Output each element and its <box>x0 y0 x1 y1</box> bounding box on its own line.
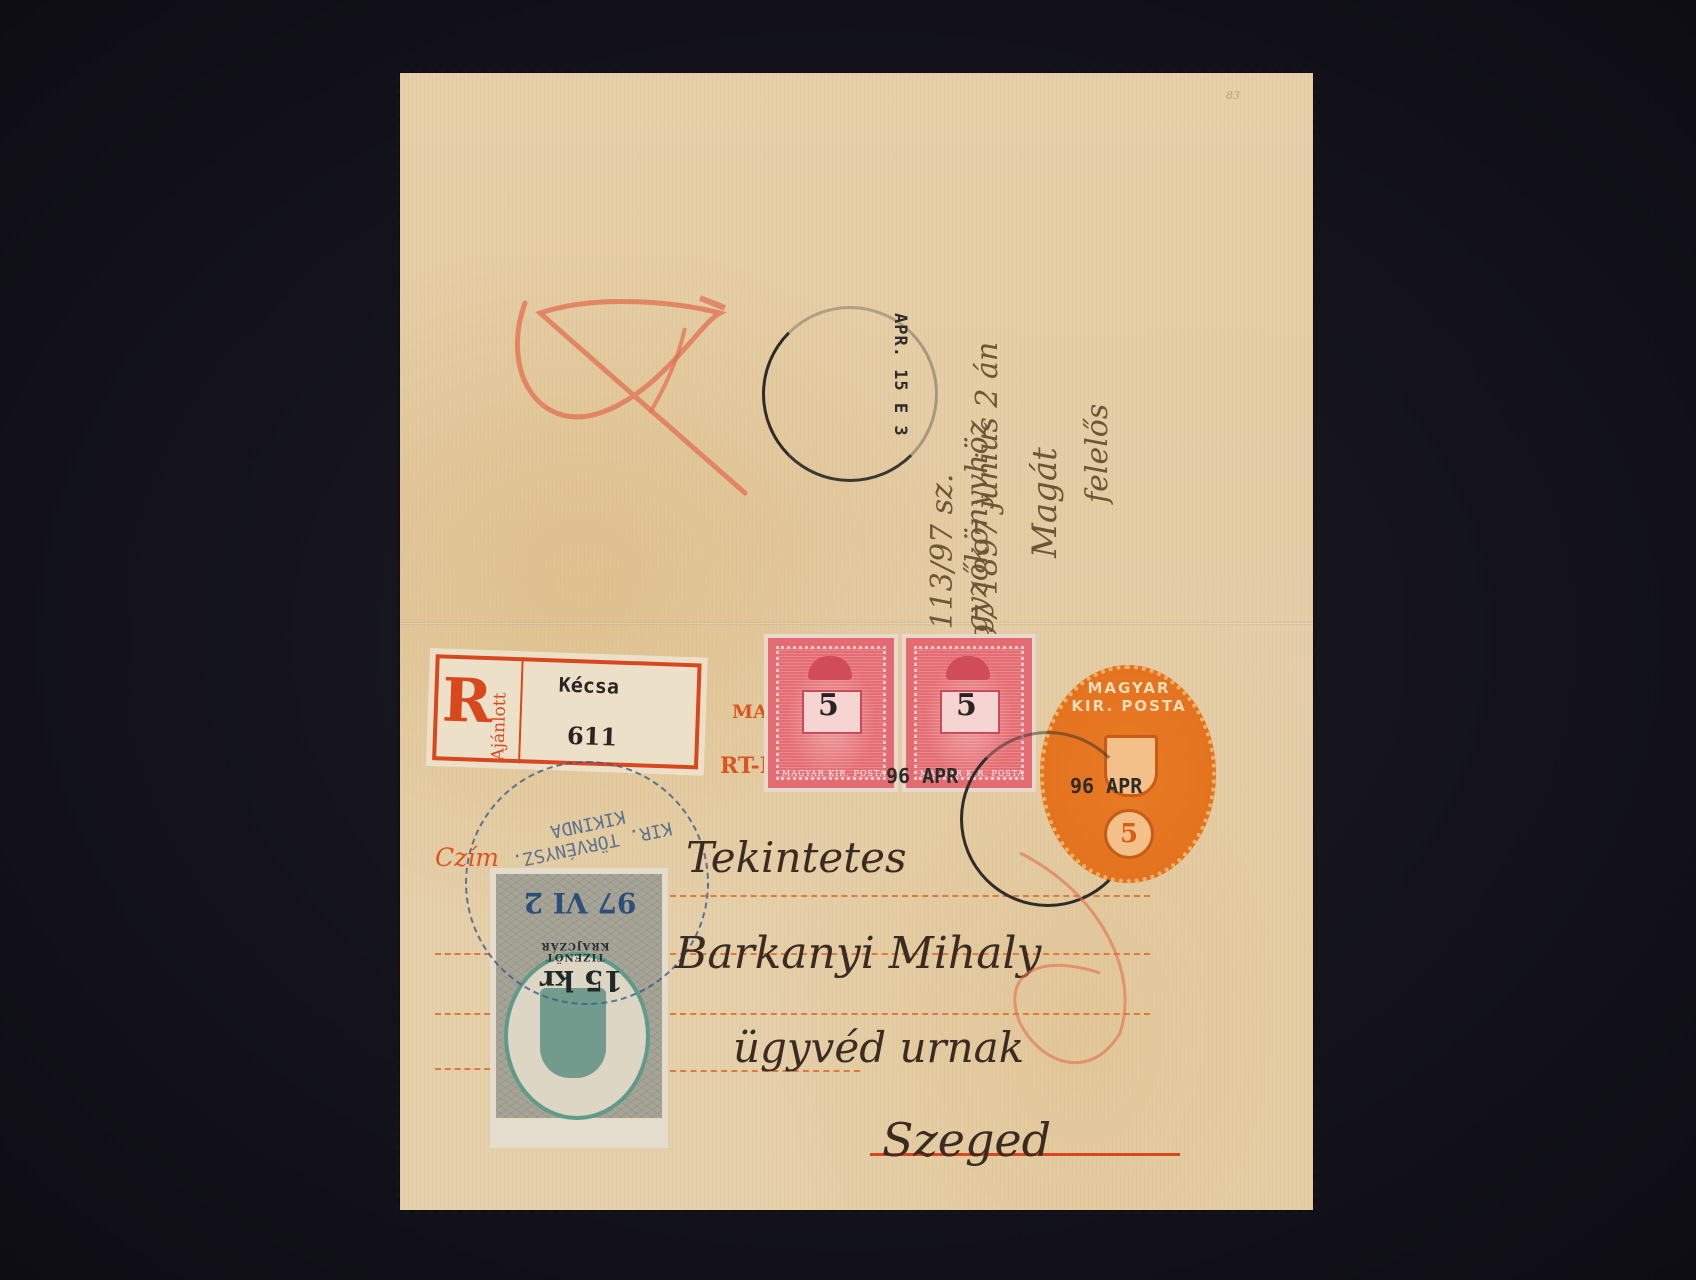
letter-card: 83 D 113/97 sz. Jegyzőkönyvhöz 97 1897 j… <box>400 73 1313 1210</box>
red-crayon-marks <box>400 73 1313 1210</box>
